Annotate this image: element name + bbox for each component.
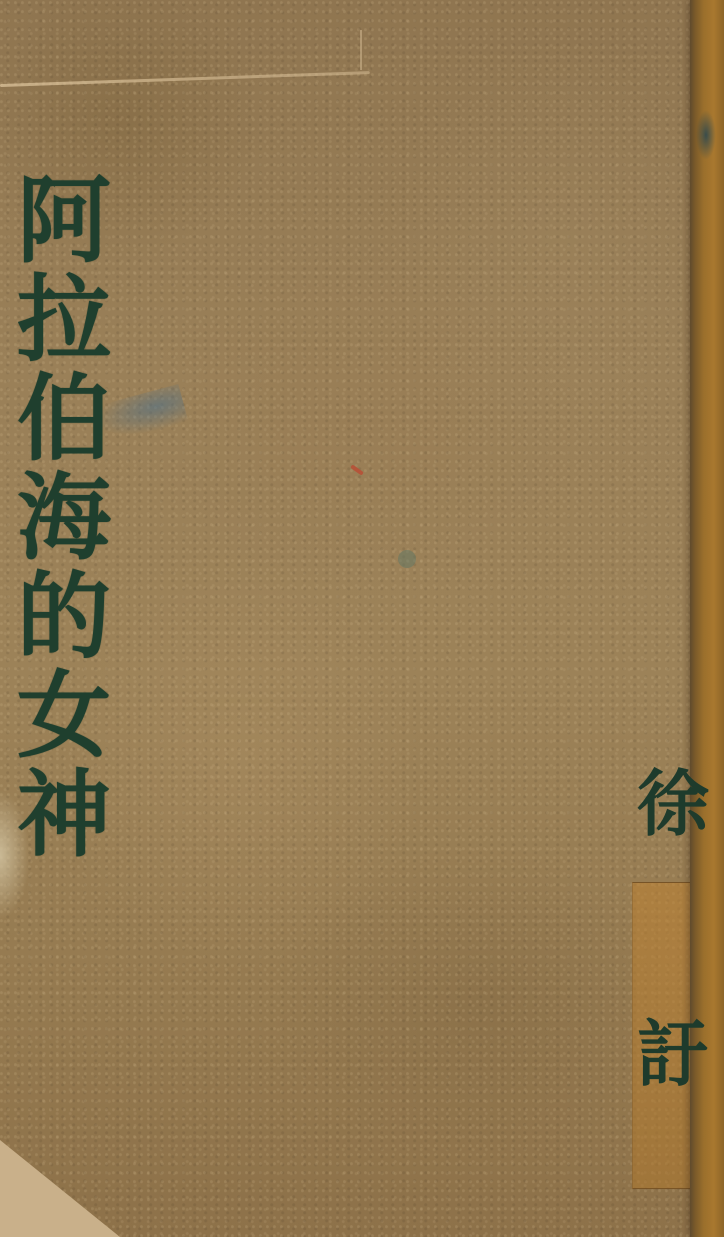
red-fleck — [350, 464, 364, 475]
author-char: 訏 — [637, 1014, 709, 1094]
title-char: 阿 — [17, 172, 111, 271]
torn-corner — [0, 1140, 120, 1237]
author-char: 徐 — [637, 764, 709, 844]
title-char: 的 — [17, 568, 111, 667]
book-author: 徐 訏 — [632, 764, 714, 1094]
title-char: 神 — [17, 766, 111, 865]
title-char: 女 — [17, 667, 111, 766]
spine-ink-stain — [696, 110, 716, 160]
title-char: 海 — [17, 469, 111, 568]
book-title: 阿 拉 伯 海 的 女 神 — [14, 172, 114, 865]
title-char: 拉 — [17, 271, 111, 370]
book-cover: 阿 拉 伯 海 的 女 神 徐 訏 — [0, 0, 724, 1237]
stain-spot — [398, 550, 416, 568]
paper-crease — [0, 71, 370, 87]
title-char: 伯 — [17, 370, 111, 469]
paper-crease-vertical — [360, 30, 362, 70]
